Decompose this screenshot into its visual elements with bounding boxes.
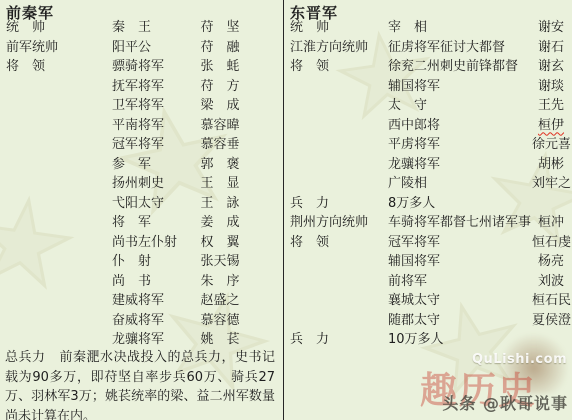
role-label: [290, 116, 388, 136]
jin-army-table: 统 帅 宰 相 谢安 江淮方向统帅 征虏将军征讨大都督 谢石 将 领 徐兖二州刺…: [290, 18, 570, 350]
rank-title: 尚书左仆射: [112, 233, 192, 253]
rank-title: 太 守: [388, 96, 532, 116]
rank-title: 建威将军: [112, 291, 192, 311]
person-name: 谢玄: [532, 57, 570, 77]
role-label: [6, 96, 112, 116]
role-label: 荆州方向统帅: [290, 213, 388, 233]
person-name: 梁 成: [192, 96, 248, 116]
rank-title: 冠军将军: [388, 233, 532, 253]
person-name: 苻 坚: [192, 18, 248, 38]
person-name: 朱 序: [192, 272, 248, 292]
role-label: 兵 力: [290, 330, 388, 350]
rank-title: 扬州刺史: [112, 174, 192, 194]
byline-watermark: 头条 @耿哥说事: [442, 391, 568, 414]
table-row: 兵 力 8万多人: [290, 194, 570, 214]
column-divider-line: [283, 0, 284, 420]
person-name: 杨亮: [532, 252, 570, 272]
role-label: [6, 194, 112, 214]
role-label: [6, 330, 112, 350]
table-row: 将 领 徐兖二州刺史前锋都督 谢玄: [290, 57, 570, 77]
person-name: 徐元喜: [532, 135, 571, 155]
qin-total-strength-note: 总兵力前秦淝水决战投入的总兵力，史书记载为90多万，即苻坚自率步兵60万、骑兵2…: [5, 348, 275, 420]
table-row: 辅国将军 谢琰: [290, 77, 570, 97]
table-row: 龙骧将军 姚 苌: [6, 330, 280, 350]
role-label: [6, 233, 112, 253]
rank-title: 襄城太守: [388, 291, 532, 311]
role-label: [6, 272, 112, 292]
role-label: [290, 96, 388, 116]
person-name: 胡彬: [532, 155, 570, 175]
role-label: [6, 77, 112, 97]
table-row: 抚军将军 苻 方: [6, 77, 280, 97]
table-row: 荆州方向统帅 车骑将军都督七州诸军事 桓冲: [290, 213, 570, 233]
rank-title: 秦 王: [112, 18, 192, 38]
rank-title: 阳平公: [112, 38, 192, 58]
rank-title: 奋威将军: [112, 311, 192, 331]
person-name: 王 显: [192, 174, 248, 194]
table-row: 平南将军 慕容暐: [6, 116, 280, 136]
table-row: 将 领 冠军将军 恒石虔: [290, 233, 570, 253]
rank-title: 龙骧将军: [388, 155, 532, 175]
person-name: 谢琰: [532, 77, 570, 97]
table-row: 前军统帅 阳平公 苻 融: [6, 38, 280, 58]
rank-title: 平虏将军: [388, 135, 532, 155]
table-row: 建威将军 赵盛之: [6, 291, 280, 311]
person-name: 慕容德: [192, 311, 248, 331]
rank-title: 车骑将军都督七州诸军事: [388, 213, 532, 233]
table-row: 将 领 骠骑将军 张 蚝: [6, 57, 280, 77]
role-label: [290, 311, 388, 331]
table-row: 冠军将军 慕容垂: [6, 135, 280, 155]
role-label: [6, 311, 112, 331]
table-row: 将 军 姜 成: [6, 213, 280, 233]
rank-title: 抚军将军: [112, 77, 192, 97]
table-row: 辅国将军 杨亮: [290, 252, 570, 272]
table-row: 扬州刺史 王 显: [6, 174, 280, 194]
table-row: 奋威将军 慕容德: [6, 311, 280, 331]
person-name: 王 詠: [192, 194, 248, 214]
role-label: [290, 155, 388, 175]
role-label: [290, 77, 388, 97]
rank-title: 平南将军: [112, 116, 192, 136]
role-label: [6, 116, 112, 136]
person-name: 郭 褒: [192, 155, 248, 175]
rank-title: 骠骑将军: [112, 57, 192, 77]
rank-title: 宰 相: [388, 18, 532, 38]
person-name: 谢石: [532, 38, 570, 58]
table-row: 江淮方向统帅 征虏将军征讨大都督 谢石: [290, 38, 570, 58]
role-label: [6, 174, 112, 194]
table-row: 西中郎将 桓伊: [290, 116, 570, 136]
person-name: 苻 融: [192, 38, 248, 58]
rank-title: 弋阳太守: [112, 194, 192, 214]
person-name: 谢安: [532, 18, 570, 38]
person-name: 慕容垂: [192, 135, 248, 155]
role-label: 将 领: [290, 233, 388, 253]
role-label: 统 帅: [290, 18, 388, 38]
role-label: 兵 力: [290, 194, 388, 214]
table-row: 广陵相 刘牢之: [290, 174, 570, 194]
person-name: [532, 194, 570, 214]
person-name: 王先: [532, 96, 570, 116]
rank-title: 辅国将军: [388, 77, 532, 97]
table-row: 龙骧将军 胡彬: [290, 155, 570, 175]
role-label: [6, 155, 112, 175]
person-name: 桓石民: [532, 291, 571, 311]
role-label: 前军统帅: [6, 38, 112, 58]
role-label: 将 领: [290, 57, 388, 77]
role-label: [6, 213, 112, 233]
person-name: 张天锡: [192, 252, 248, 272]
person-name: 慕容暐: [192, 116, 248, 136]
table-row: 参 军 郭 褒: [6, 155, 280, 175]
person-name: 刘牢之: [532, 174, 571, 194]
role-label: [290, 272, 388, 292]
person-name: 桓冲: [532, 213, 570, 233]
role-label: [290, 135, 388, 155]
rank-title: 8万多人: [388, 194, 532, 214]
table-row: 太 守 王先: [290, 96, 570, 116]
person-name: 权 翼: [192, 233, 248, 253]
person-name: 姜 成: [192, 213, 248, 233]
table-row: 襄城太守 桓石民: [290, 291, 570, 311]
role-label: [290, 291, 388, 311]
total-strength-label: 总兵力: [5, 350, 46, 365]
role-label: 江淮方向统帅: [290, 38, 388, 58]
table-row: 仆 射 张天锡: [6, 252, 280, 272]
table-row: 前将军 刘波: [290, 272, 570, 292]
table-row: 统 帅 宰 相 谢安: [290, 18, 570, 38]
person-name: 姚 苌: [192, 330, 248, 350]
rank-title: 征虏将军征讨大都督: [388, 38, 532, 58]
role-label: [6, 135, 112, 155]
person-name: 赵盛之: [192, 291, 248, 311]
rank-title: 卫军将军: [112, 96, 192, 116]
role-label: [6, 291, 112, 311]
rank-title: 冠军将军: [112, 135, 192, 155]
table-row: 尚 书 朱 序: [6, 272, 280, 292]
table-row: 弋阳太守 王 詠: [6, 194, 280, 214]
rank-title: 西中郎将: [388, 116, 532, 136]
person-name: 张 蚝: [192, 57, 248, 77]
role-label: [290, 252, 388, 272]
person-name: 刘波: [532, 272, 570, 292]
person-name: 恒石虔: [532, 233, 571, 253]
role-label: 将 领: [6, 57, 112, 77]
rank-title: 广陵相: [388, 174, 532, 194]
rank-title: 徐兖二州刺史前锋都督: [388, 57, 532, 77]
person-name: 桓伊: [532, 116, 570, 136]
table-row: 平虏将军 徐元喜: [290, 135, 570, 155]
table-row: 统 帅 秦 王 苻 坚: [6, 18, 280, 38]
person-name: 苻 方: [192, 77, 248, 97]
role-label: [290, 174, 388, 194]
rank-title: 将 军: [112, 213, 192, 233]
rank-title: 辅国将军: [388, 252, 532, 272]
role-label: 统 帅: [6, 18, 112, 38]
role-label: [6, 252, 112, 272]
table-row: 卫军将军 梁 成: [6, 96, 280, 116]
rank-title: 仆 射: [112, 252, 192, 272]
rank-title: 参 军: [112, 155, 192, 175]
rank-title: 尚 书: [112, 272, 192, 292]
qin-army-table: 统 帅 秦 王 苻 坚 前军统帅 阳平公 苻 融 将 领 骠骑将军 张 蚝 抚军…: [6, 18, 280, 350]
rank-title: 前将军: [388, 272, 532, 292]
table-row: 尚书左仆射 权 翼: [6, 233, 280, 253]
rank-title: 龙骧将军: [112, 330, 192, 350]
